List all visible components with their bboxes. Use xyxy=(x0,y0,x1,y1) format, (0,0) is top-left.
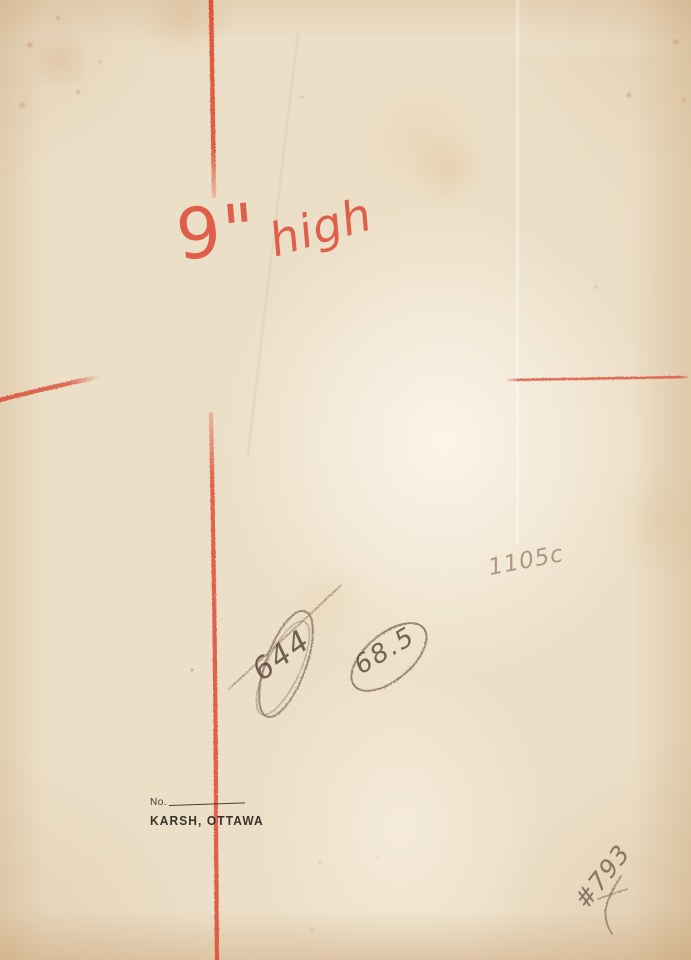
studio-stamp: No. KARSH, OTTAWA xyxy=(150,795,274,828)
crop-marks-layer xyxy=(0,0,691,960)
red-crop-line-bottom xyxy=(211,414,217,960)
photo-verso-scan: 9"high 1105c 644 68.5 No. KARSH, OTTAWA … xyxy=(0,0,691,960)
stamp-studio-name: KARSH, OTTAWA xyxy=(150,813,264,828)
red-note-number: 9" xyxy=(173,188,261,277)
red-crop-line-right xyxy=(508,377,687,380)
stamp-no-label: No. xyxy=(150,797,167,808)
red-crop-line-left xyxy=(0,377,98,401)
red-crop-line-top xyxy=(211,0,214,196)
stamp-underline xyxy=(169,802,245,806)
